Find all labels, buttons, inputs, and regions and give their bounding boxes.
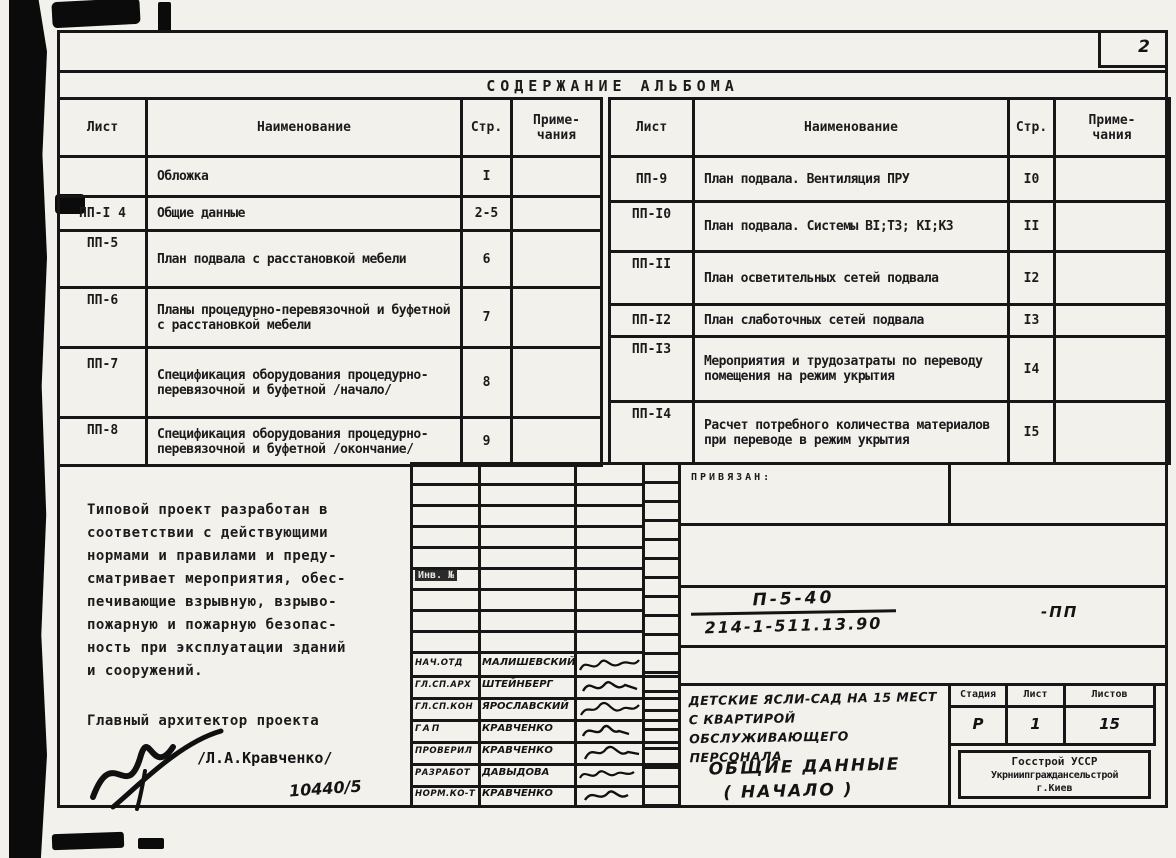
signature-role: ГЛ.СП.АРХ xyxy=(415,680,471,690)
note-line: нормами и правилами и преду- xyxy=(87,545,346,568)
signature-role: ГАП xyxy=(415,724,441,734)
cell-notes xyxy=(512,348,602,418)
cell-page: I5 xyxy=(1009,402,1055,464)
cell-sheet: ПП-6 xyxy=(59,288,147,348)
architect-name: /Л.А.Кравченко/ xyxy=(197,749,332,767)
cell-sheet: ПП-7 xyxy=(59,348,147,418)
col-header-sheet: Лист xyxy=(610,99,694,157)
table-row: ПП-I0 План подвала. Системы ВI;ТЗ; КI;КЗ… xyxy=(610,202,1170,252)
rule-line xyxy=(948,743,1156,746)
col-header-sheet: Лист xyxy=(59,99,147,157)
signature-row: РАЗРАБОТ ДАВЫДОВА xyxy=(413,764,678,785)
signature-name: МАЛИШЕВСКИЙ xyxy=(482,657,575,668)
cell-notes xyxy=(512,418,602,466)
cell-notes xyxy=(512,157,602,197)
sheets-label: Листов xyxy=(1066,689,1153,700)
signature-role: РАЗРАБОТ xyxy=(415,768,470,778)
signature-row: ГЛ.СП.АРХ ШТЕЙНБЕРГ xyxy=(413,676,678,697)
project-code-suffix: -ПП xyxy=(1041,603,1078,621)
table-row: ПП-5 План подвала с расстановкой мебели … xyxy=(59,231,602,288)
cell-name: План подвала. Вентиляция ПРУ xyxy=(694,157,1009,202)
signature-row: НАЧ.ОТД МАЛИШЕВСКИЙ xyxy=(413,654,678,675)
ink-smudge xyxy=(51,0,140,28)
note-line: Типовой проект разработан в xyxy=(87,499,346,522)
cell-sheet xyxy=(59,157,147,197)
col-header-name: Наименование xyxy=(694,99,1009,157)
signature-name: КРАВЧЕНКО xyxy=(482,745,553,756)
org-line: Укрниипграждансельстрой xyxy=(961,769,1148,782)
project-title-line: С КВАРТИРОЙ ОБСЛУЖИВАЮЩЕГО xyxy=(689,706,948,748)
signature-name: ЯРОСЛАВСКИЙ xyxy=(482,701,569,712)
rule-line xyxy=(1153,683,1156,745)
sheets-value: 15 xyxy=(1066,715,1153,733)
cell-page: 7 xyxy=(462,288,512,348)
cell-notes xyxy=(512,231,602,288)
doc-number: 10440/5 xyxy=(288,776,362,800)
cell-sheet: ПП-9 xyxy=(610,157,694,202)
signature-mark xyxy=(581,786,645,805)
note-line: ность при эксплуатации зданий xyxy=(87,637,346,660)
table-row: ПП-6 Планы процедурно-перевязочной и буф… xyxy=(59,288,602,348)
sheet-title-line: ( НАЧАЛО ) xyxy=(709,776,901,805)
project-code-numerator: П-5-40 xyxy=(691,585,897,612)
signature-row: ПРОВЕРИЛ КРАВЧЕНКО xyxy=(413,742,678,763)
cell-notes xyxy=(1055,337,1170,402)
rule-line xyxy=(678,683,1165,686)
cell-name: План подвала. Системы ВI;ТЗ; КI;КЗ xyxy=(694,202,1009,252)
signature-mark xyxy=(577,765,641,784)
signature-name: КРАВЧЕНКО xyxy=(482,788,553,799)
project-code: П-5-40 214-1-511.13.90 xyxy=(691,589,896,635)
cell-sheet: ПП-I 4 xyxy=(59,197,147,231)
table-header-row: Лист Наименование Стр. Приме- чания xyxy=(59,99,602,157)
ink-smudge xyxy=(158,2,171,32)
table-row: ПП-I 4 Общие данные 2-5 xyxy=(59,197,602,231)
stage-label: Стадия xyxy=(951,689,1005,700)
cell-page: 9 xyxy=(462,418,512,466)
contents-table-left: Лист Наименование Стр. Приме- чания Обло… xyxy=(57,97,603,467)
cell-notes xyxy=(512,288,602,348)
stage-value: Р xyxy=(951,715,1005,733)
signature-row: ГАП КРАВЧЕНКО xyxy=(413,720,678,741)
note-paragraph: Типовой проект разработан в соответствии… xyxy=(87,499,346,683)
table-row: Обложка I xyxy=(59,157,602,197)
contents-title: СОДЕРЖАНИЕ АЛЬБОМА xyxy=(486,77,739,95)
signature-mark xyxy=(579,721,643,740)
signature-mark xyxy=(579,677,643,696)
cell-notes xyxy=(512,197,602,231)
table-row: ПП-I4 Расчет потребного количества матер… xyxy=(610,402,1170,464)
cell-page: I0 xyxy=(1009,157,1055,202)
contents-title-band: СОДЕРЖАНИЕ АЛЬБОМА xyxy=(57,70,1168,100)
ink-smudge xyxy=(52,832,125,851)
signature-mark xyxy=(577,655,641,674)
contents-table-right: Лист Наименование Стр. Приме- чания ПП-9… xyxy=(608,97,1171,465)
cell-sheet: ПП-II xyxy=(610,252,694,305)
cell-page: I4 xyxy=(1009,337,1055,402)
cell-notes xyxy=(1055,202,1170,252)
cell-name: План слаботочных сетей подвала xyxy=(694,305,1009,337)
note-line: печивающие взрывную, взрыво- xyxy=(87,591,346,614)
binding-label: ПРИВЯЗАН: xyxy=(691,472,772,483)
sheet-number: 2 xyxy=(1138,37,1150,57)
organization-box: Госстрой УССР Укрниипграждансельстрой г.… xyxy=(958,750,1151,799)
signature-mark xyxy=(578,699,642,718)
binding-bar xyxy=(9,0,47,858)
org-line: Госстрой УССР xyxy=(961,755,1148,769)
note-box: Типовой проект разработан в соответствии… xyxy=(57,464,413,811)
project-code-denominator: 214-1-511.13.90 xyxy=(691,613,896,637)
ink-smudge xyxy=(138,838,164,849)
sheet-value: 1 xyxy=(1008,715,1063,733)
cell-name: Общие данные xyxy=(147,197,462,231)
signature-role: НАЧ.ОТД xyxy=(415,658,463,668)
cell-sheet: ПП-5 xyxy=(59,231,147,288)
signature-name: КРАВЧЕНКО xyxy=(482,723,553,734)
table-row: ПП-I3 Мероприятия и трудозатраты по пере… xyxy=(610,337,1170,402)
cell-page: I3 xyxy=(1009,305,1055,337)
cell-name: Мероприятия и трудозатраты по переводу п… xyxy=(694,337,1009,402)
col-header-name: Наименование xyxy=(147,99,462,157)
signature-mark xyxy=(79,725,239,811)
cell-page: 2-5 xyxy=(462,197,512,231)
rule-line xyxy=(948,465,951,523)
signature-row: ГЛ.СП.КОН ЯРОСЛАВСКИЙ xyxy=(413,698,678,719)
cell-sheet: ПП-I4 xyxy=(610,402,694,464)
cell-sheet: ПП-I2 xyxy=(610,305,694,337)
cell-name: Спецификация оборудования процедурно-пер… xyxy=(147,418,462,466)
rule-line xyxy=(678,585,1165,588)
col-header-page: Стр. xyxy=(462,99,512,157)
scanned-drawing-sheet: 2 СОДЕРЖАНИЕ АЛЬБОМА Лист Наименование С… xyxy=(0,0,1176,858)
signature-name: ШТЕЙНБЕРГ xyxy=(482,679,553,690)
table-row: ПП-9 План подвала. Вентиляция ПРУ I0 xyxy=(610,157,1170,202)
table-row: ПП-II План осветительных сетей подвала I… xyxy=(610,252,1170,305)
col-header-notes: Приме- чания xyxy=(512,99,602,157)
cell-notes xyxy=(1055,402,1170,464)
cell-name: Планы процедурно-перевязочной и буфетной… xyxy=(147,288,462,348)
rule-line xyxy=(678,645,1165,648)
signature-name: ДАВЫДОВА xyxy=(482,767,549,778)
cell-notes xyxy=(1055,252,1170,305)
cell-notes xyxy=(1055,305,1170,337)
cell-page: I2 xyxy=(1009,252,1055,305)
sheet-title: ОБЩИЕ ДАННЫЕ ( НАЧАЛО ) xyxy=(708,752,901,805)
inventory-label: Инв. № xyxy=(415,570,457,581)
rule-line xyxy=(678,465,681,805)
cell-name: Обложка xyxy=(147,157,462,197)
table-row: ПП-7 Спецификация оборудования процедурн… xyxy=(59,348,602,418)
cell-name: Спецификация оборудования процедурно-пер… xyxy=(147,348,462,418)
signature-role: ГЛ.СП.КОН xyxy=(415,702,473,712)
rule-line xyxy=(678,523,1165,526)
sheet-number-box: 2 xyxy=(1098,33,1168,68)
cell-page: 8 xyxy=(462,348,512,418)
grid-rows xyxy=(413,465,642,654)
note-line: пожарную и пожарную безопас- xyxy=(87,614,346,637)
sheet-title-line: ОБЩИЕ ДАННЫЕ xyxy=(708,752,900,781)
signature-row: НОРМ.КО-Т КРАВЧЕНКО xyxy=(413,786,678,805)
org-line: г.Киев xyxy=(961,782,1148,795)
cell-name: Расчет потребного количества материалов … xyxy=(694,402,1009,464)
note-line: сматривает мероприятия, обес- xyxy=(87,568,346,591)
rule-line xyxy=(948,705,1156,708)
cell-name: План подвала с расстановкой мебели xyxy=(147,231,462,288)
note-line: и сооружений. xyxy=(87,660,346,683)
cell-page: I xyxy=(462,157,512,197)
note-line: соответствии с действующими xyxy=(87,522,346,545)
title-block: Инв. № НАЧ.ОТД МАЛИШЕВСКИЙ ГЛ.СП.АРХ ШТЕ… xyxy=(410,462,1168,808)
signature-role: ПРОВЕРИЛ xyxy=(415,746,472,756)
cell-page: 6 xyxy=(462,231,512,288)
cell-page: II xyxy=(1009,202,1055,252)
signature-mark xyxy=(580,743,644,762)
sheet-label: Лист xyxy=(1008,689,1063,700)
cell-sheet: ПП-8 xyxy=(59,418,147,466)
col-header-page: Стр. xyxy=(1009,99,1055,157)
cell-notes xyxy=(1055,157,1170,202)
table-row: ПП-I2 План слаботочных сетей подвала I3 xyxy=(610,305,1170,337)
cell-name: План осветительных сетей подвала xyxy=(694,252,1009,305)
cell-sheet: ПП-I3 xyxy=(610,337,694,402)
table-header-row: Лист Наименование Стр. Приме- чания xyxy=(610,99,1170,157)
cell-sheet: ПП-I0 xyxy=(610,202,694,252)
signature-role: НОРМ.КО-Т xyxy=(415,789,475,799)
table-row: ПП-8 Спецификация оборудования процедурн… xyxy=(59,418,602,466)
col-header-notes: Приме- чания xyxy=(1055,99,1170,157)
